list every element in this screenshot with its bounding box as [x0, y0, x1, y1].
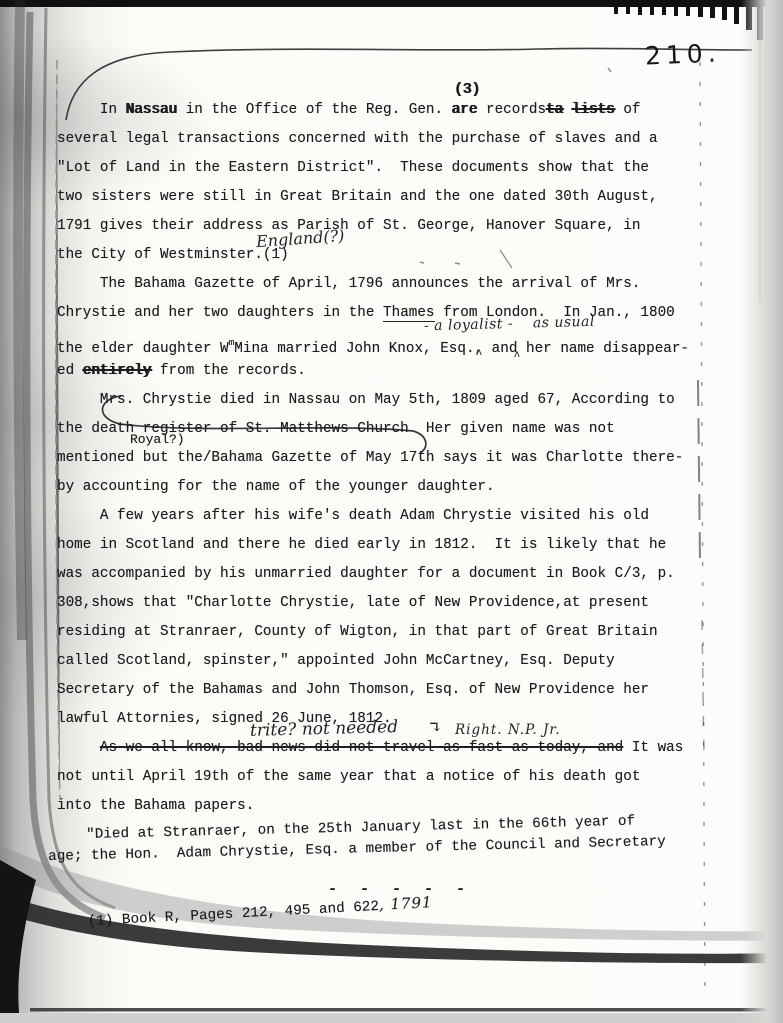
typed-text: the elder daughter W: [57, 341, 229, 357]
struck-text: lists: [572, 102, 615, 118]
typed-line: "Lot of Land in the Eastern District". T…: [57, 154, 689, 183]
handwritten-folio-number: 210.: [644, 38, 721, 70]
insertion-caret: ʌ: [476, 347, 482, 358]
typed-line: The Bahama Gazette of April, 1796 announ…: [57, 270, 689, 299]
overtyped-text: Nassau: [126, 102, 177, 118]
typed-line: home in Scotland and there he died early…: [57, 531, 689, 560]
typed-line: not until April 19th of the same year th…: [57, 763, 689, 792]
overtyped-text: are: [452, 102, 478, 118]
scanned-document-page: (3) 210. In Nassau in the Office of the …: [0, 0, 783, 1023]
struck-text: As we all know, bad news did not travel …: [100, 740, 623, 756]
handwritten-footnote-year: , 1791: [378, 893, 433, 914]
typed-line: 1791 gives their address as Parish of St…: [57, 212, 689, 241]
typed-line: the City of Westminster.(1): [57, 241, 689, 270]
typed-line: In Nassau in the Office of the Reg. Gen.…: [57, 96, 689, 125]
typed-line: mentioned but the/Bahama Gazette of May …: [57, 444, 689, 473]
footnote-line: (1) Book R, Pages 212, 495 and 622, 1791: [52, 877, 434, 948]
typed-text: [57, 740, 100, 756]
typed-text: of: [615, 102, 641, 118]
typed-line: As we all know, bad news did not travel …: [57, 734, 689, 763]
page-edge-shading: [739, 0, 783, 1023]
insertion-caret: ʌ: [514, 349, 520, 360]
typed-line: was accompanied by his unmarried daughte…: [57, 560, 689, 589]
typed-text: from the records.: [151, 363, 305, 379]
typed-line: 308,shows that "Charlotte Chrystie, late…: [57, 589, 689, 618]
typed-text: ed: [57, 363, 83, 379]
typed-line: called Scotland, spinster," appointed Jo…: [57, 647, 689, 676]
typed-line: ed entirely from the records.: [57, 357, 689, 386]
handwritten-annotation-right-np: Right. N.P. Jr.: [455, 722, 561, 738]
typed-text: Mina married John Knox, Esq., and her na…: [234, 341, 689, 357]
typed-line: A few years after his wife's death Adam …: [57, 502, 689, 531]
handwritten-flourish-mark: ↴: [428, 718, 442, 738]
typed-line: several legal transactions concerned wit…: [57, 125, 689, 154]
typed-text-block: In Nassau in the Office of the Reg. Gen.…: [57, 96, 689, 821]
typed-insertion-royal: Royal?): [130, 432, 185, 447]
typed-text: Chrystie and her two daughters in the: [57, 305, 383, 321]
typed-text: It was: [623, 740, 683, 756]
typed-line: Mrs. Chrystie died in Nassau on May 5th,…: [57, 386, 689, 415]
typed-line: two sisters were still in Great Britain …: [57, 183, 689, 212]
typed-line: by accounting for the name of the younge…: [57, 473, 689, 502]
typed-text: [563, 102, 572, 118]
typed-text: records: [477, 102, 546, 118]
typed-text: In: [57, 102, 126, 118]
footnote-text: (1) Book R, Pages 212, 495 and 622: [87, 899, 379, 930]
handwritten-annotation-trite: trite? not needed: [250, 717, 399, 741]
typed-text: in the Office of the Reg. Gen.: [177, 102, 452, 118]
typed-line: Secretary of the Bahamas and John Thomso…: [57, 676, 689, 705]
typed-line: the elder daughter WmMina married John K…: [57, 328, 689, 357]
typed-line: residing at Stranraer, County of Wigton,…: [57, 618, 689, 647]
struck-text: entirely: [83, 363, 152, 379]
struck-text: ta: [546, 102, 563, 118]
